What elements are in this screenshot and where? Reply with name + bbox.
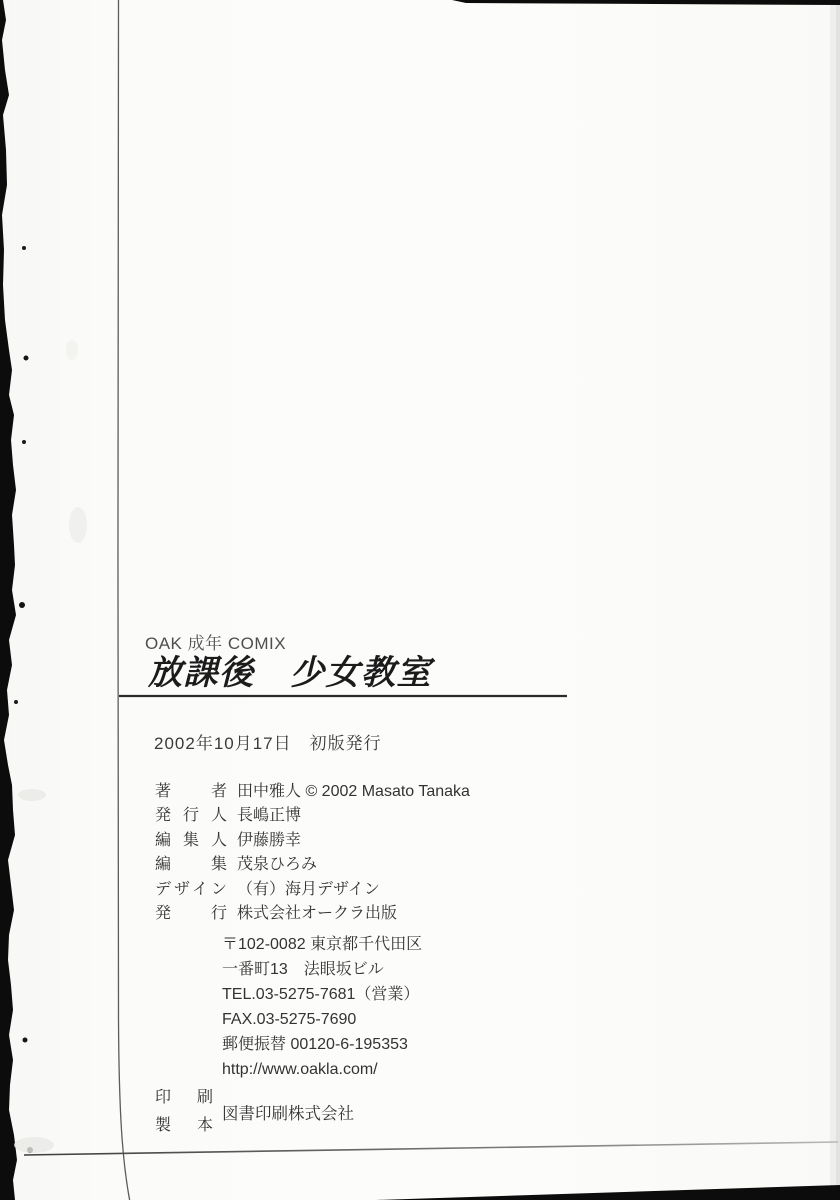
address-tel: TEL.03-5275-7681（営業） <box>222 983 422 1008</box>
credits-list: 著 者 田中雅人 © 2002 Masato Tanaka 発 行 人 長嶋正博… <box>155 780 470 926</box>
credit-row-editor: 編 集 茂泉ひろみ <box>155 853 470 877</box>
credit-label: 発 行 <box>155 902 227 926</box>
credit-row-design: デザイン （有）海月デザイン <box>155 878 470 902</box>
printing-company: 図書印刷株式会社 <box>222 1100 354 1124</box>
address-postal-transfer: 郵便振替 00120-6-195353 <box>222 1033 422 1058</box>
publisher-address-block: 〒102-0082 東京都千代田区 一番町13 法眼坂ビル TEL.03-527… <box>222 933 422 1082</box>
colophon-page: OAK 成年 COMIX 放課後 少女教室 2002年10月17日 初版発行 著… <box>0 0 840 1200</box>
book-title: 放課後 少女教室 <box>148 645 432 694</box>
credit-value: （有）海月デザイン <box>237 878 380 902</box>
publisher-url: http://www.oakla.com/ <box>222 1058 422 1083</box>
credit-label: デザイン <box>155 878 227 902</box>
address-postal: 〒102-0082 東京都千代田区 <box>222 933 422 958</box>
credit-value: 長嶋正博 <box>237 804 301 828</box>
credit-row-publisher: 発 行 株式会社オークラ出版 <box>155 902 470 926</box>
printing-section: 印 刷 製 本 図書印刷株式会社 <box>155 1084 354 1140</box>
credit-row-chief-editor: 編 集 人 伊藤勝幸 <box>155 829 470 853</box>
binding-label: 製 本 <box>155 1112 213 1140</box>
credit-value: 株式会社オークラ出版 <box>237 902 397 926</box>
credit-value: 伊藤勝幸 <box>237 829 301 853</box>
credit-row-publisher-person: 発 行 人 長嶋正博 <box>155 804 470 828</box>
release-date: 2002年10月17日 初版発行 <box>154 729 382 754</box>
credit-label: 著 者 <box>155 780 227 804</box>
print-label: 印 刷 <box>155 1084 213 1112</box>
credit-value: 田中雅人 © 2002 Masato Tanaka <box>237 780 470 804</box>
printing-labels: 印 刷 製 本 <box>155 1084 213 1140</box>
address-street: 一番町13 法眼坂ビル <box>222 958 422 983</box>
credit-label: 編 集 <box>155 853 227 877</box>
address-fax: FAX.03-5275-7690 <box>222 1008 422 1033</box>
credit-row-author: 著 者 田中雅人 © 2002 Masato Tanaka <box>155 780 470 804</box>
credit-value: 茂泉ひろみ <box>237 853 317 877</box>
credit-label: 編 集 人 <box>155 829 227 853</box>
colophon-text-block: OAK 成年 COMIX 放課後 少女教室 2002年10月17日 初版発行 著… <box>0 0 840 1200</box>
credit-label: 発 行 人 <box>155 804 227 828</box>
